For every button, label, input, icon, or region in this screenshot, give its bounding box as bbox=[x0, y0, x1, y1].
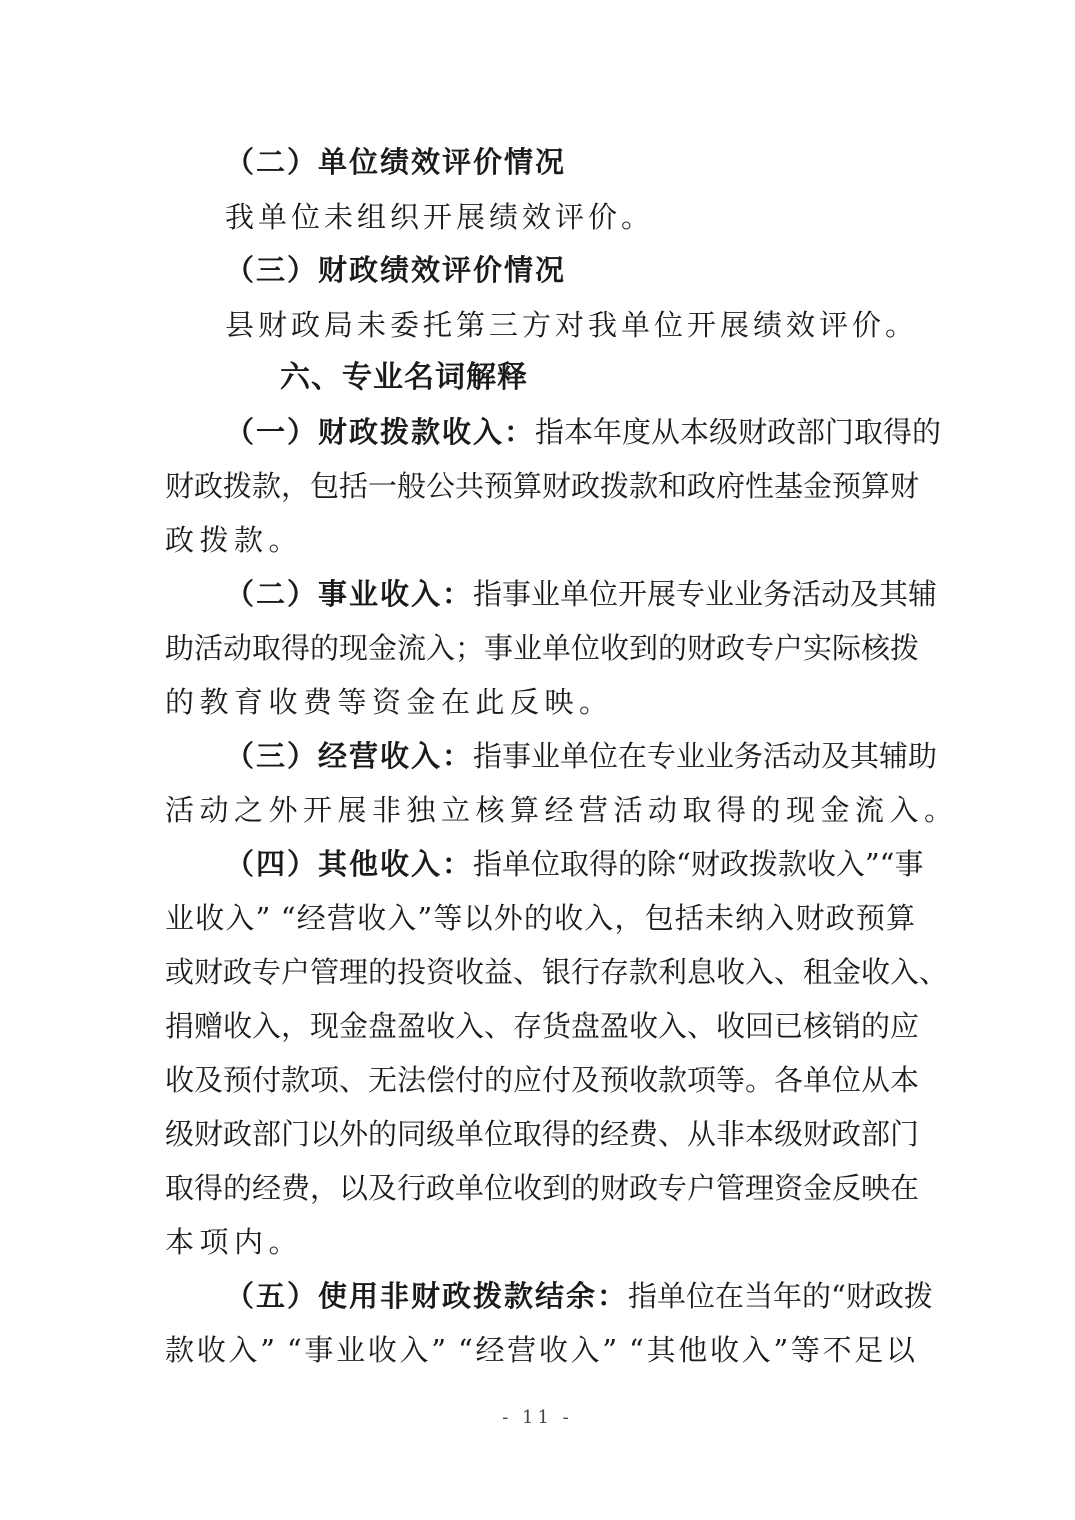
page-number: - 11 - bbox=[0, 1407, 1075, 1428]
term-other-income-line-4: 捐赠收入，现金盘盈收入、存货盘盈收入、收回已核销的应 bbox=[165, 1006, 915, 1046]
term-business-income-line-1: （二）事业收入：指事业单位开展专业业务活动及其辅 bbox=[225, 574, 915, 614]
term-other-income-line-6: 级财政部门以外的同级单位取得的经费、从非本级财政部门 bbox=[165, 1114, 915, 1154]
term-non-fiscal-balance-line-2: 款收入” “事业收入” “经营收入” “其他收入”等不足以 bbox=[165, 1330, 915, 1370]
document-page: （二）单位绩效评价情况 我单位未组织开展绩效评价。 （三）财政绩效评价情况 县财… bbox=[0, 0, 1075, 1520]
term-label: （五）使用非财政拨款结余： bbox=[225, 1279, 628, 1313]
term-label: （四）其他收入： bbox=[225, 847, 473, 881]
term-other-income-line-2: 业收入” “经营收入”等以外的收入，包括未纳入财政预算 bbox=[165, 898, 915, 938]
term-other-income-line-8: 本项内。 bbox=[165, 1222, 915, 1262]
term-other-income-line-5: 收及预付款项、无法偿付的应付及预收款项等。各单位从本 bbox=[165, 1060, 915, 1100]
term-other-income-line-7: 取得的经费，以及行政单位收到的财政专户管理资金反映在 bbox=[165, 1168, 915, 1208]
term-operating-income-line-1: （三）经营收入：指事业单位在专业业务活动及其辅助 bbox=[225, 736, 915, 776]
term-fiscal-appropriation-line-2: 财政拨款，包括一般公共预算财政拨款和政府性基金预算财 bbox=[165, 466, 915, 506]
term-label: （二）事业收入： bbox=[225, 577, 473, 611]
term-business-income-line-2: 助活动取得的现金流入；事业单位收到的财政专户实际核拨 bbox=[165, 628, 915, 668]
term-non-fiscal-balance-line-1: （五）使用非财政拨款结余：指单位在当年的“财政拨 bbox=[225, 1276, 915, 1316]
heading-fiscal-performance-evaluation: （三）财政绩效评价情况 bbox=[225, 250, 915, 290]
term-other-income-line-1: （四）其他收入：指单位取得的除“财政拨款收入”“事 bbox=[225, 844, 915, 884]
term-fiscal-appropriation-line-1: （一）财政拨款收入：指本年度从本级财政部门取得的 bbox=[225, 412, 915, 452]
term-label: （三）经营收入： bbox=[225, 739, 473, 773]
term-fiscal-appropriation-line-3: 政拨款。 bbox=[165, 520, 915, 560]
term-label: （一）财政拨款收入： bbox=[225, 415, 535, 449]
term-business-income-line-3: 的教育收费等资金在此反映。 bbox=[165, 682, 915, 722]
term-operating-income-line-2: 活动之外开展非独立核算经营活动取得的现金流入。 bbox=[165, 790, 915, 830]
paragraph-fiscal-performance-evaluation: 县财政局未委托第三方对我单位开展绩效评价。 bbox=[225, 305, 915, 345]
section-heading-terminology: 六、专业名词解释 bbox=[280, 358, 1030, 398]
paragraph-unit-performance-evaluation: 我单位未组织开展绩效评价。 bbox=[225, 197, 915, 237]
heading-unit-performance-evaluation: （二）单位绩效评价情况 bbox=[225, 142, 915, 182]
term-other-income-line-3: 或财政专户管理的投资收益、银行存款利息收入、租金收入、 bbox=[165, 952, 915, 992]
